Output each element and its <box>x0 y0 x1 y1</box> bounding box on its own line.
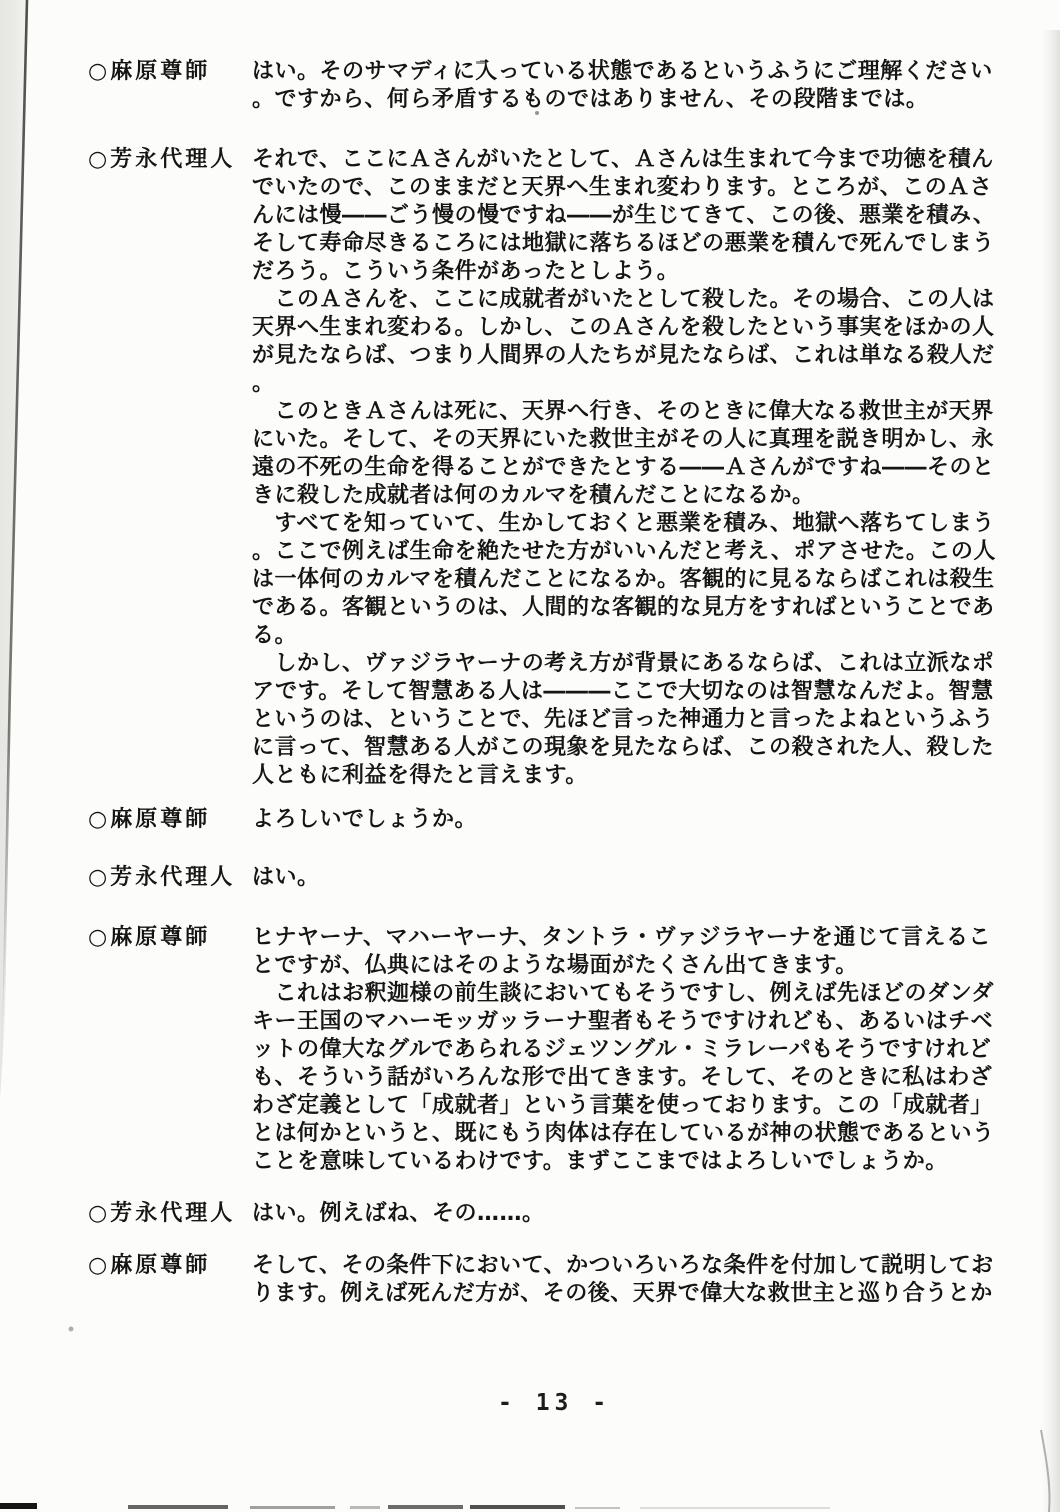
speech-text: それで、ここにＡさんがいたとして、Ａさんは生まれて今まで功徳を積ん でいたので、… <box>252 146 996 790</box>
dialogue-block: ○芳永代理人 それで、ここにＡさんがいたとして、Ａさんは生まれて今まで功徳を積ん… <box>88 146 996 790</box>
left-page-edge-line <box>3 0 27 1050</box>
speaker-label: ○芳永代理人 <box>88 146 252 174</box>
speaker-label: ○麻原尊師 <box>88 58 252 86</box>
bottom-edge-segment <box>0 1503 37 1509</box>
bottom-edge-segment <box>575 1507 620 1509</box>
speech-text: そして、その条件下において、かついろいろな条件を付加して説明してお ります。例え… <box>252 1252 994 1308</box>
speaker-label: ○芳永代理人 <box>88 1200 252 1228</box>
speech-text: はい。例えばね、その……。 <box>252 1200 545 1228</box>
dialogue-block: ○麻原尊師 ヒナヤーナ、マハーヤーナ、タントラ・ヴァジラヤーナを通じて言えるこ … <box>88 924 995 1176</box>
right-page-curl-line <box>1041 1430 1050 1512</box>
speech-text: よろしいでしょうか。 <box>252 806 477 834</box>
bottom-edge-segment <box>128 1505 228 1509</box>
speaker-label: ○芳永代理人 <box>88 864 252 892</box>
speech-text: はい。 <box>252 864 320 892</box>
dialogue-block: ○芳永代理人 はい。例えばね、その……。 <box>88 1200 545 1228</box>
bottom-edge-segment <box>250 1506 335 1509</box>
right-page-edge-shade <box>1040 30 1060 1512</box>
bottom-edge-segment <box>470 1505 565 1509</box>
speech-text: ヒナヤーナ、マハーヤーナ、タントラ・ヴァジラヤーナを通じて言えるこ とですが、仏… <box>252 924 995 1176</box>
scan-speck <box>69 1327 74 1332</box>
page-number: - 13 - <box>498 1390 611 1416</box>
bottom-edge-segment <box>350 1506 380 1509</box>
dialogue-block: ○芳永代理人 はい。 <box>88 864 320 892</box>
bottom-edge-segment <box>388 1505 463 1509</box>
speaker-label: ○麻原尊師 <box>88 806 252 834</box>
dialogue-block: ○麻原尊師 そして、その条件下において、かついろいろな条件を付加して説明してお … <box>88 1252 994 1308</box>
dialogue-block: ○麻原尊師 よろしいでしょうか。 <box>88 806 477 834</box>
speaker-label: ○麻原尊師 <box>88 924 252 952</box>
document-page: ○麻原尊師 はい。そのサマディに入っている状態であるというふうにご理解ください … <box>0 0 1060 1512</box>
dialogue-block: ○麻原尊師 はい。そのサマディに入っている状態であるというふうにご理解ください … <box>88 58 993 114</box>
left-page-edge-shade <box>0 0 27 1100</box>
speaker-label: ○麻原尊師 <box>88 1252 252 1280</box>
bottom-edge-segment <box>640 1507 830 1509</box>
speech-text: はい。そのサマディに入っている状態であるというふうにご理解ください 。ですから、… <box>252 58 993 114</box>
